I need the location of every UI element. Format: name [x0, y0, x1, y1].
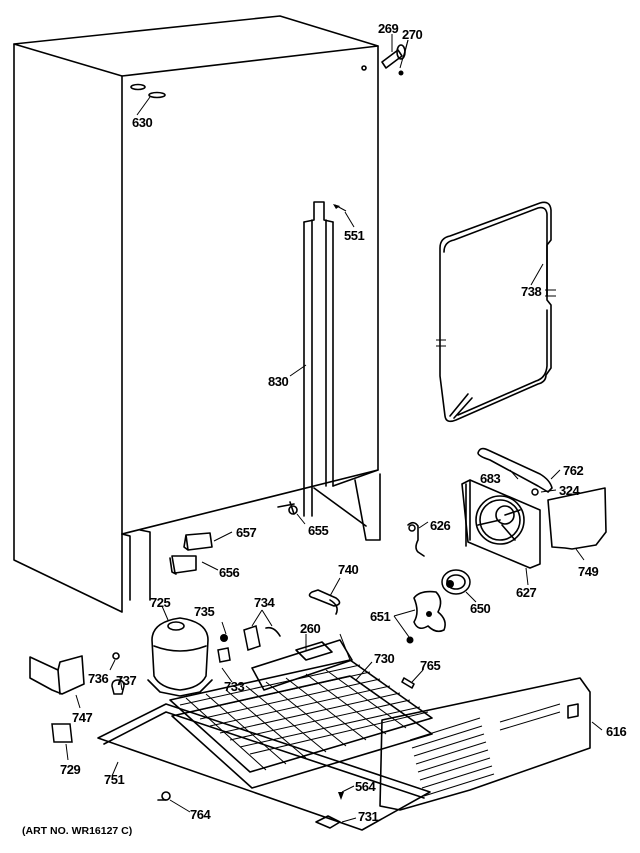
connector-drawing [408, 522, 428, 556]
part-label-734: 734 [254, 596, 274, 609]
compressor-drawing [148, 606, 232, 696]
part-label-260: 260 [300, 622, 320, 635]
part-label-656: 656 [219, 566, 239, 579]
part-label-737: 737 [116, 674, 136, 687]
heater-loop-drawing [436, 202, 556, 421]
part-label-551: 551 [344, 229, 364, 242]
part-label-270: 270 [402, 28, 422, 41]
part-label-683: 683 [480, 472, 500, 485]
part-label-740: 740 [338, 563, 358, 576]
mullion-drawing [290, 202, 380, 540]
art-number: (ART NO. WR16127 C) [22, 825, 132, 837]
part-label-324: 324 [559, 484, 579, 497]
part-label-830: 830 [268, 375, 288, 388]
part-label-751: 751 [104, 773, 124, 786]
part-label-630: 630 [132, 116, 152, 129]
part-label-735: 735 [194, 605, 214, 618]
part-label-655: 655 [308, 524, 328, 537]
part-label-564: 564 [355, 780, 375, 793]
part-label-733: 733 [224, 680, 244, 693]
part-label-762: 762 [563, 464, 583, 477]
exploded-parts-diagram [0, 0, 640, 853]
part-label-627: 627 [516, 586, 536, 599]
part-label-650: 650 [470, 602, 490, 615]
part-label-747: 747 [72, 711, 92, 724]
part-label-626: 626 [430, 519, 450, 532]
part-label-749: 749 [578, 565, 598, 578]
part-label-731: 731 [358, 810, 378, 823]
part-label-657: 657 [236, 526, 256, 539]
part-label-738: 738 [521, 285, 541, 298]
part-label-765: 765 [420, 659, 440, 672]
grille-drawing [158, 678, 602, 828]
part-label-736: 736 [88, 672, 108, 685]
part-label-616: 616 [606, 725, 626, 738]
part-label-730: 730 [374, 652, 394, 665]
part-label-729: 729 [60, 763, 80, 776]
part-label-725: 725 [150, 596, 170, 609]
relay-drawing [244, 610, 352, 690]
part-label-651: 651 [370, 610, 390, 623]
part-label-269: 269 [378, 22, 398, 35]
part-label-764: 764 [190, 808, 210, 821]
